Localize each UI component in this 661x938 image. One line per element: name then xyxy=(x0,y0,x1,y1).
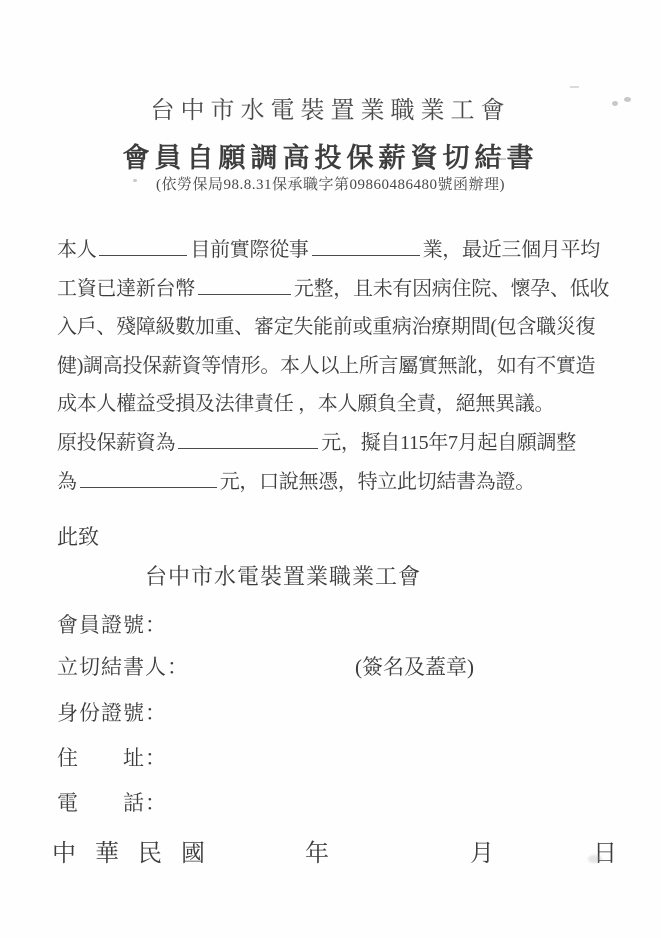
id-number-label: 身份證號： xyxy=(57,697,167,727)
declarant-label: 立切結書人： xyxy=(57,651,189,681)
scan-artifact xyxy=(588,855,602,863)
line6-text-b: 元，擬自115年7月起自願調整 xyxy=(321,432,576,454)
paragraph-line-2: 工資已達新台幣元整，且未有因病住院、懷孕、低收 xyxy=(57,270,627,309)
line7-text-b: 元，口說無憑，特立此切結書為證。 xyxy=(220,471,535,493)
year-label: 年 xyxy=(305,833,329,868)
line2-text-b: 元整，且未有因病住院、懷孕、低收 xyxy=(294,278,609,300)
line1-text-b: 目前實際從事 xyxy=(190,239,308,261)
paragraph-line-7: 為元，口說無憑，特立此切結書為證。 xyxy=(57,463,627,502)
line6-text-a: 原投保薪資為 xyxy=(57,432,175,454)
paragraph-line-4: 健)調高投保薪資等情形。本人以上所言屬實無訛，如有不實造 xyxy=(57,347,627,386)
scan-artifact xyxy=(498,158,506,160)
paragraph-line-6: 原投保薪資為元，擬自115年7月起自願調整 xyxy=(57,424,627,463)
line3-text: 入戶、殘障級數加重、審定失能前或重病治療期間(包含職災復 xyxy=(57,316,595,338)
reference-note: (依勞保局98.8.31保承職字第09860486480號函辦理) xyxy=(0,173,661,194)
paragraph-line-5: 成本人權益受損及法律責任 ，本人願負全責，絕無異議。 xyxy=(57,385,627,424)
organization-title: 台中市水電裝置業職業工會 xyxy=(0,90,661,125)
declaration-paragraph: 本人目前實際從事業，最近三個月平均 工資已達新台幣元整，且未有因病住院、懷孕、低… xyxy=(57,231,627,501)
document-title: 會員自願調高投保薪資切結書 xyxy=(0,136,661,175)
addressee-organization: 台中市水電裝置業職業工會 xyxy=(145,560,421,591)
paragraph-line-3: 入戶、殘障級數加重、審定失能前或重病治療期間(包含職災復 xyxy=(57,308,627,347)
line5-text: 成本人權益受損及法律責任 ，本人願負全責，絕無異議。 xyxy=(57,393,554,415)
scan-artifact xyxy=(612,101,618,106)
salutation: 此致 xyxy=(57,521,99,551)
scan-artifact xyxy=(133,179,137,182)
era-label: 中華民國 xyxy=(52,833,224,868)
paragraph-line-1: 本人目前實際從事業，最近三個月平均 xyxy=(57,231,627,270)
date-line: 中華民國 年 月 日 xyxy=(0,833,661,869)
phone-label: 電 話： xyxy=(57,787,167,817)
member-number-label: 會員證號： xyxy=(57,609,167,639)
line1-text-c: 業，最近三個月平均 xyxy=(423,239,600,261)
scan-artifact xyxy=(624,97,631,102)
occupation-blank-field xyxy=(312,235,420,256)
address-label: 住 址： xyxy=(57,742,167,772)
line2-text-a: 工資已達新台幣 xyxy=(57,278,195,300)
line1-text-a: 本人 xyxy=(57,239,96,261)
signature-seal-note: (簽名及蓋章) xyxy=(355,651,474,681)
scanned-form-page: 台中市水電裝置業職業工會 會員自願調高投保薪資切結書 (依勞保局98.8.31保… xyxy=(0,0,661,938)
line7-text-a: 為 xyxy=(57,471,77,493)
line4-text: 健)調高投保薪資等情形。本人以上所言屬實無訛，如有不實造 xyxy=(57,355,595,377)
month-label: 月 xyxy=(470,833,494,868)
scan-artifact xyxy=(570,86,579,88)
original-salary-blank-field xyxy=(178,428,318,449)
wage-blank-field xyxy=(198,274,291,295)
adjusted-salary-blank-field xyxy=(80,467,217,488)
name-blank-field xyxy=(99,235,187,256)
